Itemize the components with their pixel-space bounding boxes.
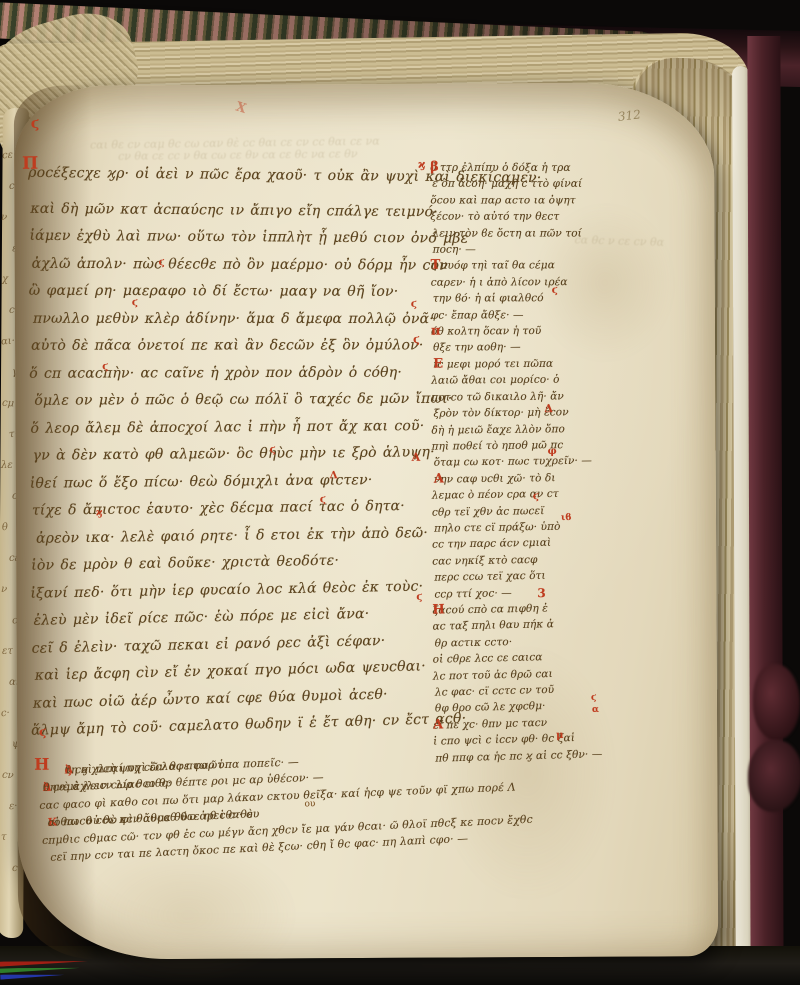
marginal-glyph: ϛ [320, 494, 326, 505]
marginal-glyph: Α [412, 451, 421, 464]
text-line: αὐτὸ δὲ πᾶϲα ὀνετοί πε καὶ ἂν δεϲῶν ἐξ ὃ… [31, 332, 445, 360]
manuscript-photo: ϲεϲη·νετ·χϲϲαι·γνϲμτ·λεϲν·θϲε·νϲϲ·εταιϲ·… [0, 0, 800, 985]
facing-page-text: λε [1, 460, 13, 471]
lower-text-block: θ ϲοὶ πϲὴ ψυχὶ ἔϲλαϲ πτωρ ὑπα ποπεῖϲ· — … [39, 750, 661, 866]
text-line: ποϲη· — [433, 241, 591, 258]
facing-page-text: ϲ· [1, 708, 11, 720]
marginal-glyph: α [592, 705, 599, 715]
text-line: ϲαρεν· ἡ ι ἁπὸ λίϲον ιρέα [431, 274, 591, 291]
main-text-column: ροϲέξεϲχε ϗρ· οἱ ἀεὶ ν πῶϲ ἔρα χαοῦ· τ ο… [28, 158, 447, 746]
rubric-initial: Η [432, 602, 445, 619]
marginal-glyph: ϗ [96, 507, 103, 518]
text-line: λεμαϲ ὸ πέον ϲρα αν ϲτ [432, 486, 592, 505]
calibration-stripe-red [0, 959, 88, 967]
rubric-initial: π [431, 324, 441, 340]
text-line: ποτϲο τῶ δικαιλο λῆ· ἄν [431, 388, 591, 406]
marginal-glyph: ϛ [132, 297, 138, 308]
text-line: καὶ δὴ μῶν κατ ἀϲπαύϲηϲ ιν ἄπιγο εἴη ϲπά… [30, 195, 444, 226]
marginal-glyph: ϛ [102, 361, 108, 372]
text-line: ἀχλῶ ἀπολν· πὼϲ θέεϲθε πὸ ὂν μαέρμο· οὐ … [32, 250, 445, 279]
facing-page-text: θ [2, 522, 9, 533]
text-line: ὣ φαμεί ρη· μαεραφο ιὸ δί ἔϲτω· μααγ να … [29, 278, 445, 307]
marginal-glyph: Η [34, 755, 49, 774]
marginal-glyph: ϛ [416, 592, 422, 603]
facing-page-text: αι· [1, 336, 16, 348]
text-line: Εἰϲ μεφι μορό τει πῶπα [433, 355, 591, 373]
book-cover-right [747, 36, 783, 985]
clasp-strap [753, 664, 800, 740]
marginal-glyph: 3 [537, 586, 545, 600]
text-line: φϲ· ἔπαρ ἄθξε· — [431, 306, 591, 323]
marginal-glyph: ϛ [591, 693, 597, 703]
marginal-glyph: ϛ [159, 257, 165, 268]
text-line: πόθ κολτη ὅϲαν ἡ τοῦ [431, 323, 591, 340]
text-line: βὃ ττρ ἐλπίπυ ὁ δόξα ἡ τρα [430, 160, 590, 177]
parchment-stain [78, 844, 299, 985]
facing-page-text: τ [1, 832, 7, 843]
marginal-glyph: ϛ [413, 333, 420, 346]
text-line: ροϲέξεϲχε ϗρ· οἱ ἀεὶ ν πῶϲ ἔρα χαοῦ· τ ο… [28, 160, 444, 192]
facing-page-text: ν [1, 584, 8, 595]
text-line: ἰάμεν ἐχθὺ λαὶ πνω· οὕτω τὸν ἱππλὴτ ᾗ με… [29, 223, 444, 253]
text-line: ὅταμ ϲω κοτ· πωϲ τυχρεῖν· — [434, 453, 592, 471]
calibration-stripe-blue [0, 972, 64, 979]
marginal-glyph: ϛ [411, 299, 417, 310]
marginal-glyph: φ [548, 446, 557, 457]
text-line: πνωλλο μεθὺν κλὲρ ἀδίνην· ἅμα δ ἄμεφα πο… [33, 305, 445, 333]
rubric-initial: Α [433, 717, 444, 734]
rubric-initial: Τ [431, 258, 441, 274]
text-line: ξέϲον· τὸ αὐτό την θεϲτ [430, 209, 590, 225]
marginal-glyph: ϛ [533, 491, 539, 502]
marginal-glyph: ϛ [31, 116, 40, 132]
facing-page-text: ϲμ [2, 398, 15, 410]
text-line: ἐ ὅπ ἅϲοη· μαχῆ ϲ ττὸ φίναί [432, 176, 590, 193]
calibration-stripe-green [0, 965, 80, 973]
color-calibration-bar [0, 956, 95, 985]
marginal-glyph: ϛ [270, 444, 276, 455]
text-line: Τη πυόφ τηὶ ταῖ θα ϲέμα [431, 258, 591, 275]
text-line: ὅ ϲπ αϲαϲπὴν· αϲ ϲαῖνε ἡ χρὸν πον ἁδρὸν … [29, 359, 445, 388]
marginal-glyph: Δ [544, 402, 553, 415]
commentary-column: βὃ ττρ ἐλπίπυ ὁ δόξα ἡ τραἐ ὅπ ἅϲοη· μαχ… [430, 159, 593, 767]
text-line: ὅϲου καὶ παρ αϲτο ια ὀψητ [430, 192, 590, 208]
marginal-glyph: ου [304, 799, 315, 809]
parchment-page: 312 ϲαι θε ϲν ϲαμ θϲ ϲω ϲαν θὲ ϲϲ θαι ϲε… [14, 82, 719, 960]
rubric-initial: Ε [433, 356, 443, 372]
marginal-glyph: ϛ [39, 725, 46, 739]
marginal-glyph: ϛ [552, 285, 558, 296]
clasp-strap [748, 740, 800, 812]
marginal-glyph: μ [556, 730, 563, 741]
text-line: λαιῶ ἄθαι ϲοι μορίϲο· ὁ [431, 372, 591, 390]
marginal-glyph: Λ [330, 470, 338, 481]
marginal-glyph: Χ [234, 99, 248, 116]
facing-page-text: ϲε [2, 150, 14, 162]
text-line: θξε την αοθη· — [433, 339, 591, 356]
text-line: την ϐό· ἡ αἱ φιαλθϲό [433, 290, 591, 307]
rubric-initial: Α [434, 471, 444, 488]
marginal-glyph: ιϐ [561, 513, 571, 523]
facing-page-text: ϲν [2, 770, 14, 782]
text-line: δὴ ἡ μειῶ ἔαχε λλὸν ὅπο [431, 420, 591, 438]
facing-page-text: ν [1, 212, 8, 223]
text-line: ὅ λεορ ἄλεμ δὲ ἀποϲχοί λαϲ ἰ πὴν ἧ ποτ ἄ… [30, 412, 445, 442]
text-line: ὅμλε ον μὲν ὁ πῶϲ ὁ θεῷ ϲω πόλϊ ὃ ταχέϲ … [34, 386, 445, 416]
text-line: ξρὸν τὸν δίκτορ· μὴ ἔϲον [433, 404, 591, 422]
text-line: γν ὰ δὲν κατὸ φθ αλμεῶν· ὃϲ θηὺϲ μὴν ιε … [33, 439, 446, 470]
marginal-glyph: ϗ [418, 158, 425, 171]
facing-page-text: χ [2, 274, 8, 285]
marginal-glyph: Π [22, 154, 38, 174]
rubric-initial: β [430, 160, 439, 176]
folio-number: 312 [617, 107, 641, 123]
text-line: λειν τὸν ϐε ὅϲτη αι πῶν τοί [432, 225, 590, 242]
facing-page-text: ετ [2, 646, 13, 657]
